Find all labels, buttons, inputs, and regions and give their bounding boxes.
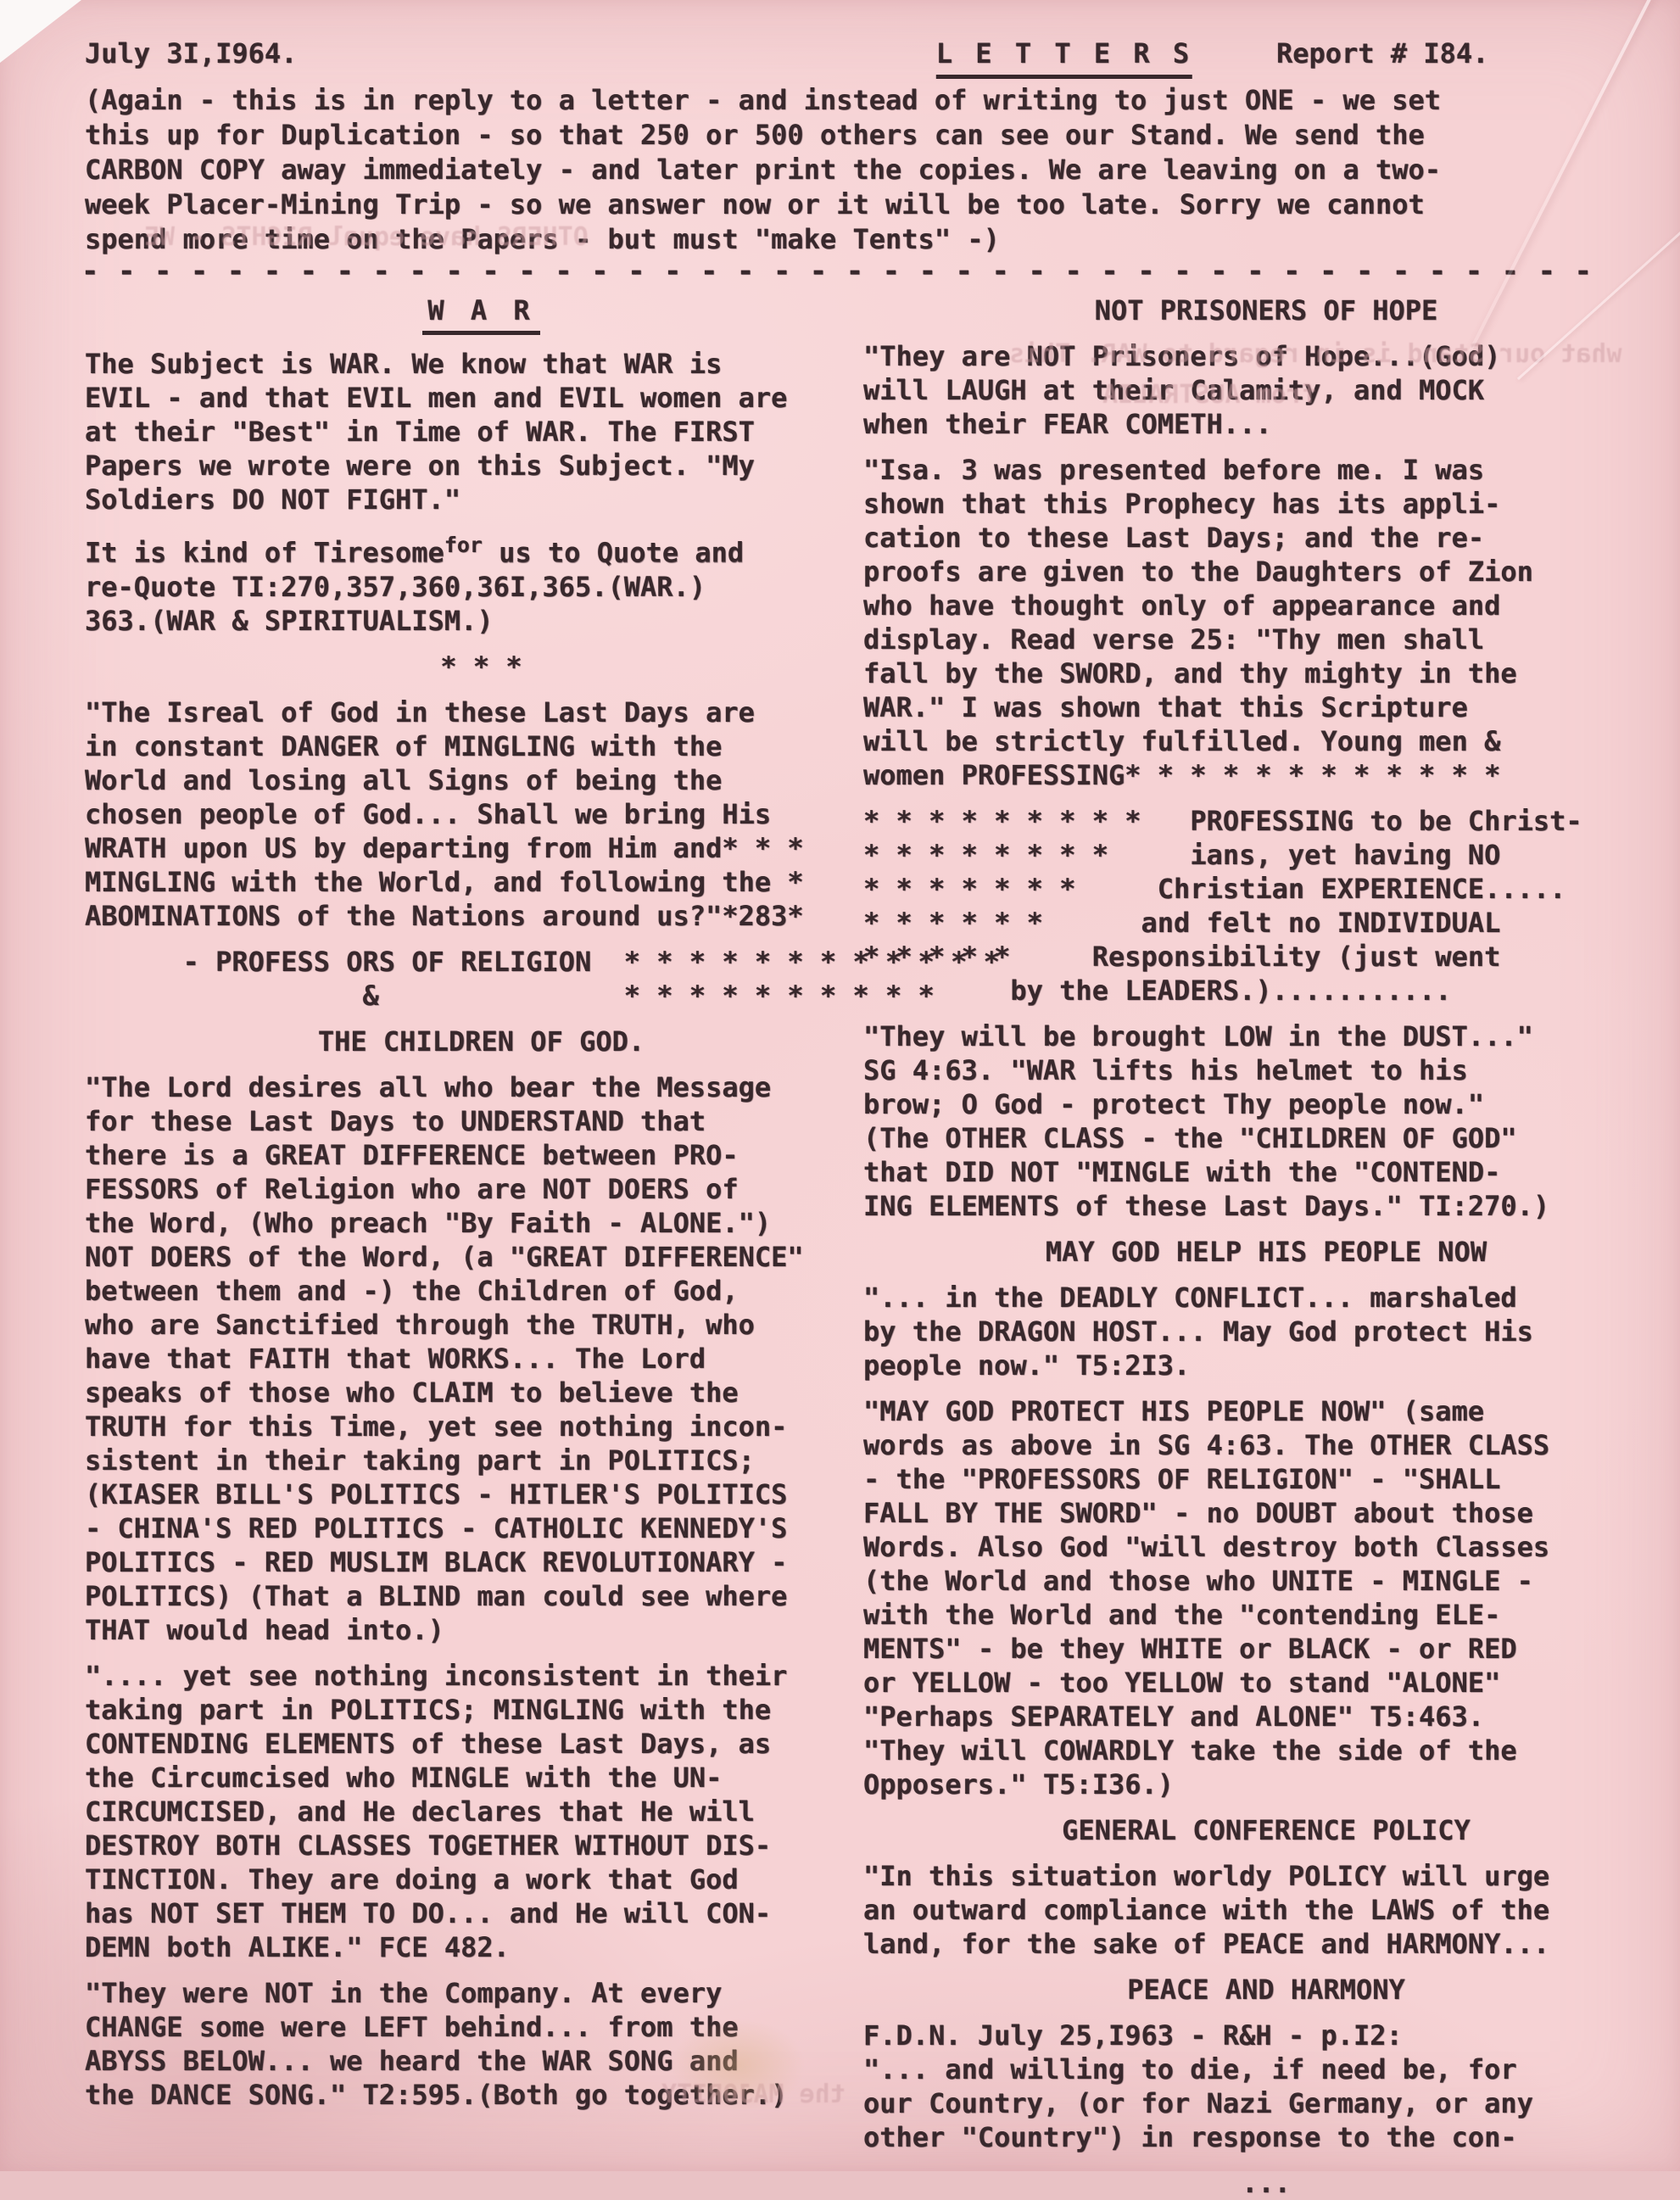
text-line: (KIASER BILL'S POLITICS - HITLER'S POLIT…	[85, 1477, 878, 1511]
date-text: July 3I,I964.	[85, 37, 297, 70]
text-line: The Subject is WAR. We know that WAR is	[85, 347, 878, 381]
text-line: ...	[863, 2166, 1669, 2171]
text-line: "MAY GOD PROTECT HIS PEOPLE NOW" (same	[863, 1394, 1669, 1428]
text-line: SG 4:63. "WAR lifts his helmet to his	[863, 1053, 1669, 1087]
text-line: "They will COWARDLY take the side of the	[863, 1734, 1669, 1767]
centered-block: PEACE AND HARMONY	[863, 1973, 1669, 2007]
text-line: or YELLOW - too YELLOW to stand "ALONE"	[863, 1666, 1669, 1700]
text-line: & * * * * * * * * * *	[85, 979, 878, 1013]
text-line: "They were NOT in the Company. At every	[85, 1976, 878, 2010]
text-line: FESSORS of Religion who are NOT DOERS of	[85, 1172, 878, 1206]
text-line: in constant DANGER of MINGLING with the	[85, 729, 878, 763]
text-line: THAT would head into.)	[85, 1613, 878, 1647]
text-line: ABOMINATIONS of the Nations around us?"*…	[85, 899, 878, 933]
text-line: proofs are given to the Daughters of Zio…	[863, 555, 1669, 589]
text-line: there is a GREAT DIFFERENCE between PRO-	[85, 1138, 878, 1172]
right-column: NOT PRISONERS OF HOPE"They are NOT Priso…	[863, 293, 1669, 2171]
text-line: "... in the DEADLY CONFLICT... marshaled	[863, 1281, 1669, 1315]
text-line: WRATH upon US by departing from Him and*…	[85, 831, 878, 865]
text-line: shown that this Prophecy has its appli-	[863, 487, 1669, 521]
left-column: W A RThe Subject is WAR. We know that WA…	[85, 293, 878, 2112]
text-line: * * * * * Responsibility (just went	[863, 940, 1669, 974]
paragraph-block: "The Lord desires all who bear the Messa…	[85, 1070, 878, 1647]
text-line: DEMN both ALIKE." FCE 482.	[85, 1930, 878, 1964]
column-heading: W A R	[85, 293, 878, 335]
text-line: Words. Also God "will destroy both Class…	[863, 1530, 1669, 1564]
document-page: July 3I,I964. L E T T E R S Report # I84…	[0, 0, 1680, 2171]
paragraph-block: - PROFESS ORS OF RELIGION * * * * * * * …	[85, 945, 878, 1013]
text-line: by the DRAGON HOST... May God protect Hi…	[863, 1315, 1669, 1348]
paragraph-block: "... in the DEADLY CONFLICT... marshaled…	[863, 1281, 1669, 1382]
text-line: DESTROY BOTH CLASSES TOGETHER WITHOUT DI…	[85, 1829, 878, 1862]
text-line: * * * * * * * Christian EXPERIENCE.....	[863, 872, 1669, 906]
text-line: by the LEADERS.)...........	[863, 974, 1669, 1008]
ghost-text-fragment: OTHERS have equal RIGHTS - WE	[144, 222, 589, 252]
text-line: TINCTION. They are doing a work that God	[85, 1862, 878, 1896]
text-line: brow; O God - protect Thy people now."	[863, 1087, 1669, 1121]
text-line: PEACE AND HARMONY	[863, 1973, 1669, 2007]
text-line: (Again - this is in reply to a letter - …	[85, 83, 1620, 118]
text-line: at their "Best" in Time of WAR. The FIRS…	[85, 415, 878, 449]
ghost-text-fragment: what our Stand is in regard to WAR. This	[1009, 339, 1621, 369]
text-line: MINGLING with the World, and following t…	[85, 865, 878, 899]
text-line: will be strictly fulfilled. Young men &	[863, 724, 1669, 758]
text-line: "The Isreal of God in these Last Days ar…	[85, 695, 878, 729]
text-line: "... and willing to die, if need be, for	[863, 2052, 1669, 2086]
page-title: L E T T E R S	[936, 37, 1192, 79]
text-line: - the "PROFESSORS OF RELIGION" - "SHALL	[863, 1462, 1669, 1496]
centered-block: * * *	[85, 650, 878, 684]
text-line: MENTS" - be they WHITE or BLACK - or RED	[863, 1632, 1669, 1666]
paper-stain	[670, 2019, 806, 2112]
text-line: World and losing all Signs of being the	[85, 763, 878, 797]
text-line: the Circumcised who MINGLE with the UN-	[85, 1761, 878, 1795]
centered-block: ...	[863, 2166, 1669, 2171]
paragraph-block: "MAY GOD PROTECT HIS PEOPLE NOW" (samewo…	[863, 1394, 1669, 1801]
text-line: WAR." I was shown that this Scripture	[863, 690, 1669, 724]
text-line: re-Quote TI:270,357,360,36I,365.(WAR.)	[85, 570, 878, 604]
page-header: July 3I,I964. L E T T E R S Report # I84…	[0, 37, 1680, 81]
text-line: taking part in POLITICS; MINGLING with t…	[85, 1693, 878, 1727]
text-line: women PROFESSING* * * * * * * * * * * *	[863, 758, 1669, 792]
paragraph-block: The Subject is WAR. We know that WAR isE…	[85, 347, 878, 516]
text-line: when their FEAR COMETH...	[863, 407, 1669, 441]
text-line: * * *	[85, 650, 878, 684]
text-line: CONTENDING ELEMENTS of these Last Days, …	[85, 1727, 878, 1761]
text-line: chosen people of God... Shall we bring H…	[85, 797, 878, 831]
text-line: ".... yet see nothing inconsistent in th…	[85, 1659, 878, 1693]
column-heading-text: NOT PRISONERS OF HOPE	[863, 293, 1669, 327]
text-line: for these Last Days to UNDERSTAND that	[85, 1104, 878, 1138]
text-line: F.D.N. July 25,I963 - R&H - p.I2:	[863, 2019, 1669, 2052]
text-line: MAY GOD HELP HIS PEOPLE NOW	[863, 1235, 1669, 1269]
text-line: cation to these Last Days; and the re-	[863, 521, 1669, 555]
text-line: fall by the SWORD, and thy mighty in the	[863, 656, 1669, 690]
text-line: who have thought only of appearance and	[863, 589, 1669, 623]
column-heading: NOT PRISONERS OF HOPE	[863, 293, 1669, 327]
text-line: our Country, (or for Nazi Germany, or an…	[863, 2086, 1669, 2120]
text-line: speaks of those who CLAIM to believe the	[85, 1376, 878, 1410]
text-line: "Perhaps SEPARATELY and ALONE" T5:463.	[863, 1700, 1669, 1734]
paragraph-block: "They will be brought LOW in the DUST...…	[863, 1019, 1669, 1223]
text-line: CIRCUMCISED, and He declares that He wil…	[85, 1795, 878, 1829]
text-line: words as above in SG 4:63. The OTHER CLA…	[863, 1428, 1669, 1462]
text-line: the Word, (Who preach "By Faith - ALONE.…	[85, 1206, 878, 1240]
text-line: who are Sanctified through the TRUTH, wh…	[85, 1308, 878, 1342]
report-number: Report # I84.	[1276, 37, 1488, 70]
text-line: GENERAL CONFERENCE POLICY	[863, 1813, 1669, 1847]
text-line: "Isa. 3 was presented before me. I was	[863, 453, 1669, 487]
centered-block: MAY GOD HELP HIS PEOPLE NOW	[863, 1235, 1669, 1269]
text-line: have that FAITH that WORKS... The Lord	[85, 1342, 878, 1376]
text-line: "In this situation worldy POLICY will ur…	[863, 1859, 1669, 1893]
superscript-insertion: for	[444, 533, 483, 557]
paragraph-block: "In this situation worldy POLICY will ur…	[863, 1859, 1669, 1961]
column-heading-text: W A R	[85, 293, 878, 335]
text-line: between them and -) the Children of God,	[85, 1274, 878, 1308]
text-line: week Placer-Mining Trip - so we answer n…	[85, 187, 1620, 222]
text-line: other "Country") in response to the con-	[863, 2120, 1669, 2154]
paragraph-block: F.D.N. July 25,I963 - R&H - p.I2:"... an…	[863, 2019, 1669, 2154]
text-line: with the World and the "contending ELE-	[863, 1598, 1669, 1632]
text-line: Soldiers DO NOT FIGHT."	[85, 483, 878, 516]
text-line: EVIL - and that EVIL men and EVIL women …	[85, 381, 878, 415]
text-line: this up for Duplication - so that 250 or…	[85, 118, 1620, 153]
text-line: people now." T5:2I3.	[863, 1348, 1669, 1382]
text-line: 363.(WAR & SPIRITUALISM.)	[85, 604, 878, 638]
text-line: THE CHILDREN OF GOD.	[85, 1025, 878, 1058]
text-line: "The Lord desires all who bear the Messa…	[85, 1070, 878, 1104]
text-line: POLITICS) (That a BLIND man could see wh…	[85, 1579, 878, 1613]
text-line: Papers we wrote were on this Subject. "M…	[85, 449, 878, 483]
text-line: * * * * * * * * * PROFESSING to be Chris…	[863, 804, 1669, 838]
text-line: - CHINA'S RED POLITICS - CATHOLIC KENNED…	[85, 1511, 878, 1545]
text-line: that DID NOT "MINGLE with the "CONTEND-	[863, 1155, 1669, 1189]
text-line: It is kind of Tiresomefor us to Quote an…	[85, 528, 878, 570]
text-line: TRUTH for this Time, yet see nothing inc…	[85, 1410, 878, 1443]
text-line: land, for the sake of PEACE and HARMONY.…	[863, 1927, 1669, 1961]
paragraph-block: "The Isreal of God in these Last Days ar…	[85, 695, 878, 933]
paragraph-block: "Isa. 3 was presented before me. I wassh…	[863, 453, 1669, 792]
text-line: has NOT SET THEM TO DO... and He will CO…	[85, 1896, 878, 1930]
text-line: Opposers." T5:I36.)	[863, 1767, 1669, 1801]
text-line: ING ELEMENTS of these Last Days." TI:270…	[863, 1189, 1669, 1223]
text-line: display. Read verse 25: "Thy men shall	[863, 623, 1669, 656]
text-line: POLITICS - RED MUSLIM BLACK REVOLUTIONAR…	[85, 1545, 878, 1579]
ghost-text-fragment: from AUSTRALIA	[1102, 380, 1317, 410]
centered-block: GENERAL CONFERENCE POLICY	[863, 1813, 1669, 1847]
text-line: "They will be brought LOW in the DUST...…	[863, 1019, 1669, 1053]
text-line: FALL BY THE SWORD" - no DOUBT about thos…	[863, 1496, 1669, 1530]
text-line: (the World and those who UNITE - MINGLE …	[863, 1564, 1669, 1598]
paragraph-block: * * * * * * * * * PROFESSING to be Chris…	[863, 804, 1669, 1008]
text-line: * * * * * * * * ians, yet having NO	[863, 838, 1669, 872]
text-line: (The OTHER CLASS - the "CHILDREN OF GOD"	[863, 1121, 1669, 1155]
text-line: * * * * * * and felt no INDIVIDUAL	[863, 906, 1669, 940]
dashed-divider: - - - - - - - - - - - - - - - - - - - - …	[81, 254, 1608, 288]
text-line: an outward compliance with the LAWS of t…	[863, 1893, 1669, 1927]
paragraph-block: ".... yet see nothing inconsistent in th…	[85, 1659, 878, 1964]
paragraph-block: It is kind of Tiresomefor us to Quote an…	[85, 528, 878, 638]
text-line: CARBON COPY away immediately - and later…	[85, 153, 1620, 187]
text-line: - PROFESS ORS OF RELIGION * * * * * * * …	[85, 945, 878, 979]
text-line: NOT DOERS of the Word, (a "GREAT DIFFERE…	[85, 1240, 878, 1274]
centered-block: THE CHILDREN OF GOD.	[85, 1025, 878, 1058]
text-line: sistent in their taking part in POLITICS…	[85, 1443, 878, 1477]
